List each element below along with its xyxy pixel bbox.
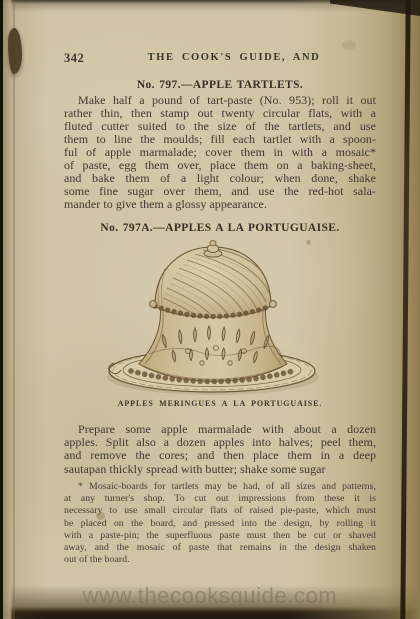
top-right-corner-shadow [330, 0, 420, 16]
text-line: ful of apple marmalade; cover them in wi… [64, 146, 376, 159]
apple-meringue-dome-engraving [103, 240, 323, 397]
paper-stain [342, 40, 356, 50]
page-header: 342 THE COOK'S GUIDE, AND [64, 51, 376, 66]
text-line: them to line the moulds; fill each tartl… [64, 133, 376, 146]
text-line: fluted cutter suited to the size of the … [64, 120, 376, 133]
text-line: away, and the mosaic of paste that remai… [64, 542, 376, 554]
running-header: THE COOK'S GUIDE, AND [64, 52, 404, 63]
text-line: and remove the cores; and then place the… [64, 449, 376, 462]
recipe-heading-797a: No. 797A.—APPLES A LA PORTUGUAISE. [64, 222, 376, 234]
text-line: Prepare some apple marmalade with about … [64, 423, 376, 436]
book-page-scan: 342 THE COOK'S GUIDE, AND No. 797.—APPLE… [0, 0, 420, 619]
gutter-line [13, 0, 15, 619]
text-line: some fine sugar over them, and use the r… [64, 185, 376, 198]
text-line: sautapan thickly spread with butter; sha… [64, 463, 376, 476]
book-gutter-shadow [3, 0, 13, 619]
text-line: * Mosaic-boards for tartlets may be had,… [64, 481, 376, 493]
text-line: and bake them of a light colour; when do… [64, 172, 376, 185]
text-line: be placed on the board, and pressed into… [64, 518, 376, 530]
paper-stain [306, 240, 311, 245]
footnote: * Mosaic-boards for tartlets may be had,… [64, 481, 376, 566]
text-line: with a paste-pin; the superfluous paste … [64, 530, 376, 542]
text-line: at any turner's shop. To cut out impress… [64, 493, 376, 505]
illustration-caption: APPLES MERINGUES A LA PORTUGUAISE. [64, 399, 376, 408]
text-line: mander to give them a glossy appearance. [64, 198, 376, 211]
page-edge-blemish [8, 28, 22, 74]
recipe-797a-paragraph: Prepare some apple marmalade with about … [64, 423, 376, 476]
text-line: of paste, egg them over, place them on a… [64, 159, 376, 172]
recipe-heading-797: No. 797.—APPLE TARTLETS. [64, 79, 376, 91]
page-crease-shadow [400, 0, 410, 619]
text-line: Make half a pound of tart-paste (No. 953… [64, 94, 376, 107]
recipe-797-paragraph: Make half a pound of tart-paste (No. 953… [64, 94, 376, 211]
text-line: necessary to use small circular flats of… [64, 505, 376, 517]
text-line: rather thin, then stamp out twenty circu… [64, 107, 376, 120]
text-line: apples. Split also a dozen apples into h… [64, 436, 376, 449]
text-line: out of the board. [64, 554, 376, 566]
watermark-text: www.thecooksguide.com [0, 583, 420, 609]
paper-stain [96, 512, 105, 520]
